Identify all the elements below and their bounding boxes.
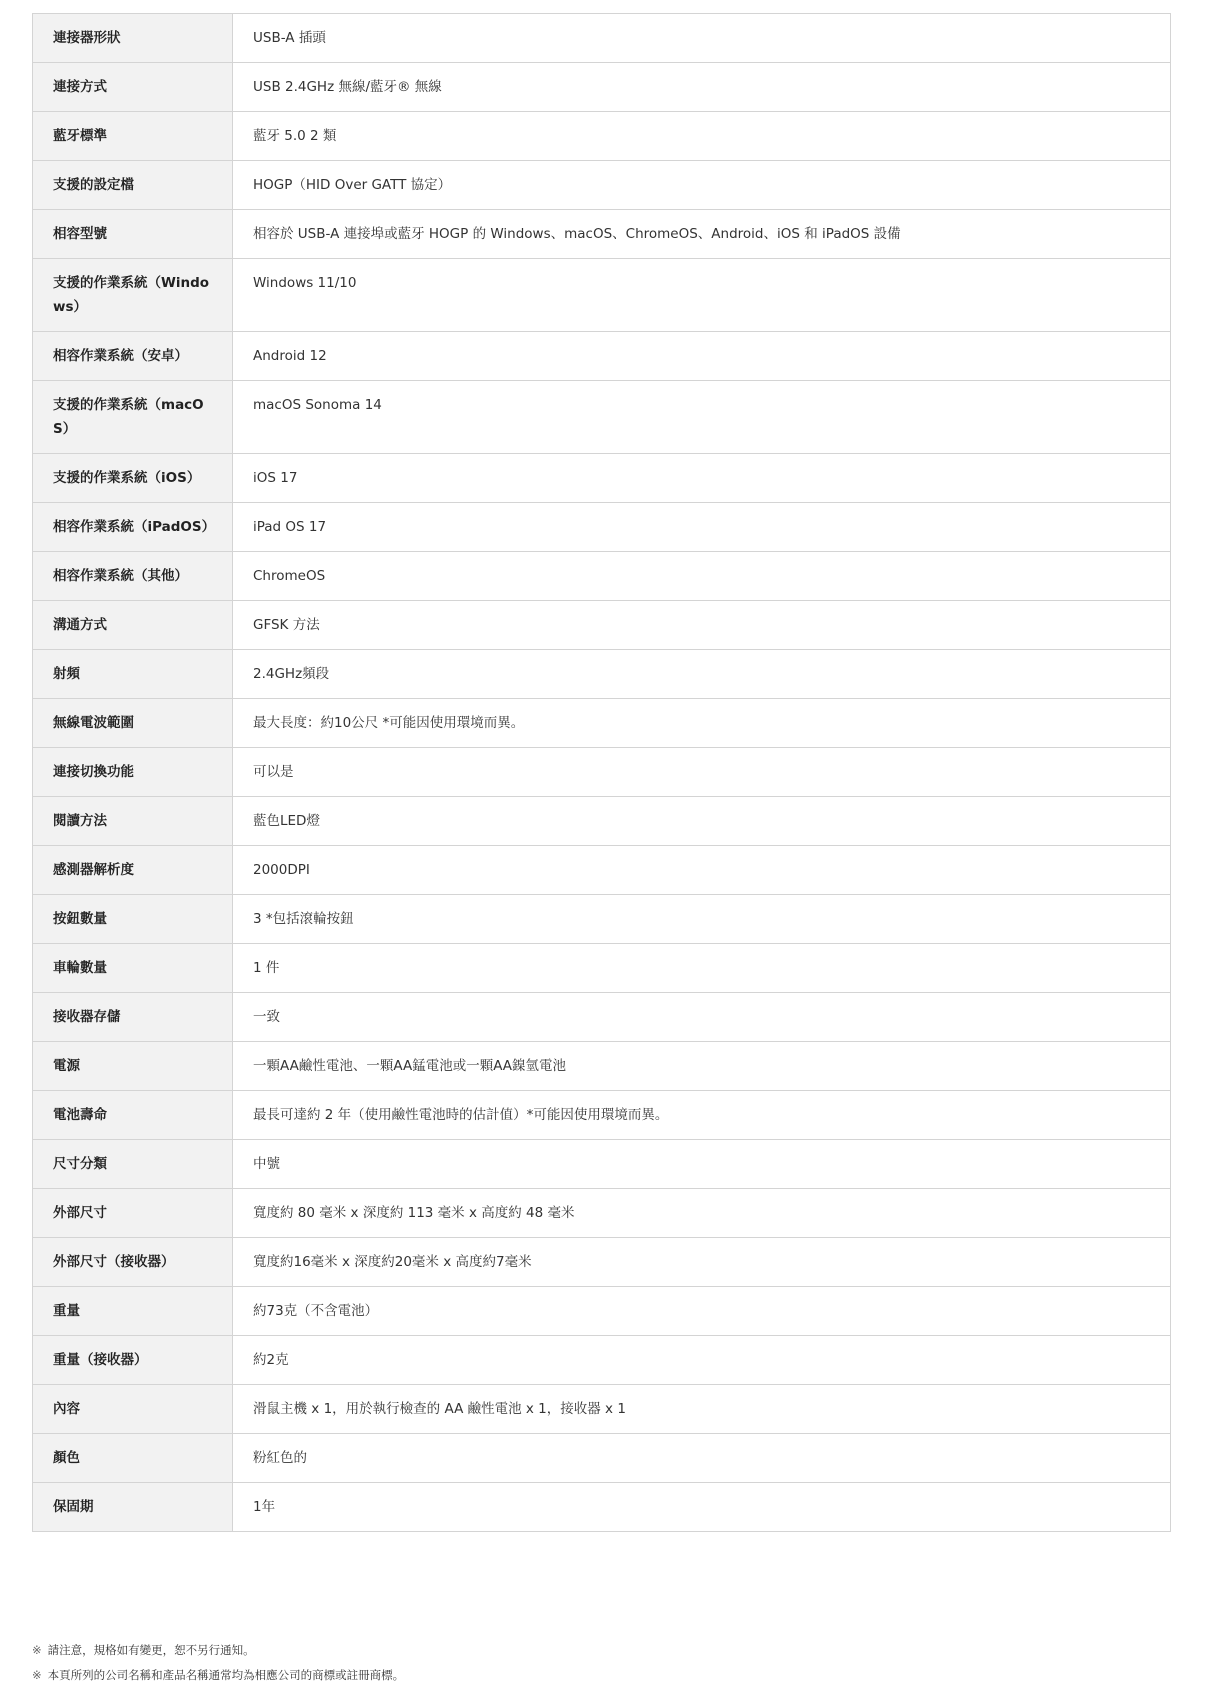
spec-value: 約73克（不含電池） <box>233 1287 1171 1336</box>
spec-value: 2000DPI <box>233 846 1171 895</box>
spec-label: 連接方式 <box>33 63 233 112</box>
spec-row: 重量約73克（不含電池） <box>33 1287 1171 1336</box>
spec-value: 3 *包括滾輪按鈕 <box>233 895 1171 944</box>
spec-row: 支援的作業系統（Windows）Windows 11/10 <box>33 259 1171 332</box>
spec-label: 顏色 <box>33 1434 233 1483</box>
spec-value: USB-A 插頭 <box>233 14 1171 63</box>
spec-label: 內容 <box>33 1385 233 1434</box>
spec-label: 相容作業系統（iPadOS） <box>33 503 233 552</box>
spec-row: 相容作業系統（iPadOS）iPad OS 17 <box>33 503 1171 552</box>
spec-value: 1年 <box>233 1483 1171 1532</box>
spec-label: 電池壽命 <box>33 1091 233 1140</box>
footnote-item: ※本頁所列的公司名稱和產品名稱通常均為相應公司的商標或註冊商標。 <box>32 1663 404 1688</box>
spec-table-body: 連接器形狀USB-A 插頭連接方式USB 2.4GHz 無線/藍牙® 無線藍牙標… <box>33 14 1171 1532</box>
spec-row: 相容作業系統（安卓）Android 12 <box>33 332 1171 381</box>
spec-row: 尺寸分類中號 <box>33 1140 1171 1189</box>
spec-value: HOGP（HID Over GATT 協定） <box>233 161 1171 210</box>
spec-label: 電源 <box>33 1042 233 1091</box>
spec-label: 重量 <box>33 1287 233 1336</box>
spec-label: 重量（接收器） <box>33 1336 233 1385</box>
spec-row: 藍牙標準藍牙 5.0 2 類 <box>33 112 1171 161</box>
spec-label: 支援的作業系統（Windows） <box>33 259 233 332</box>
spec-value: 一顆AA鹼性電池、一顆AA錳電池或一顆AA鎳氫電池 <box>233 1042 1171 1091</box>
spec-row: 支援的作業系統（macOS）macOS Sonoma 14 <box>33 381 1171 454</box>
spec-row: 連接器形狀USB-A 插頭 <box>33 14 1171 63</box>
spec-label: 感測器解析度 <box>33 846 233 895</box>
spec-row: 按鈕數量3 *包括滾輪按鈕 <box>33 895 1171 944</box>
spec-row: 電池壽命最長可達約 2 年（使用鹼性電池時的估計值）*可能因使用環境而異。 <box>33 1091 1171 1140</box>
footnote-item: ※請注意，規格如有變更，恕不另行通知。 <box>32 1638 404 1663</box>
spec-label: 按鈕數量 <box>33 895 233 944</box>
spec-row: 電源一顆AA鹼性電池、一顆AA錳電池或一顆AA鎳氫電池 <box>33 1042 1171 1091</box>
spec-row: 閱讀方法藍色LED燈 <box>33 797 1171 846</box>
spec-value: 粉紅色的 <box>233 1434 1171 1483</box>
spec-value: 約2克 <box>233 1336 1171 1385</box>
spec-row: 保固期1年 <box>33 1483 1171 1532</box>
spec-label: 連接器形狀 <box>33 14 233 63</box>
spec-value: 藍色LED燈 <box>233 797 1171 846</box>
spec-value: Windows 11/10 <box>233 259 1171 332</box>
spec-label: 外部尺寸（接收器） <box>33 1238 233 1287</box>
spec-label: 藍牙標準 <box>33 112 233 161</box>
spec-value: 最長可達約 2 年（使用鹼性電池時的估計值）*可能因使用環境而異。 <box>233 1091 1171 1140</box>
spec-label: 相容作業系統（安卓） <box>33 332 233 381</box>
spec-label: 尺寸分類 <box>33 1140 233 1189</box>
spec-row: 無線電波範圍最大長度：約10公尺 *可能因使用環境而異。 <box>33 699 1171 748</box>
reference-mark-icon: ※ <box>32 1668 42 1682</box>
spec-row: 感測器解析度2000DPI <box>33 846 1171 895</box>
spec-label: 射頻 <box>33 650 233 699</box>
spec-label: 相容型號 <box>33 210 233 259</box>
spec-value: GFSK 方法 <box>233 601 1171 650</box>
spec-value: 中號 <box>233 1140 1171 1189</box>
footnote-text: 請注意，規格如有變更，恕不另行通知。 <box>48 1643 255 1657</box>
spec-row: 溝通方式GFSK 方法 <box>33 601 1171 650</box>
spec-row: 連接方式USB 2.4GHz 無線/藍牙® 無線 <box>33 63 1171 112</box>
footnote-text: 本頁所列的公司名稱和產品名稱通常均為相應公司的商標或註冊商標。 <box>48 1668 405 1682</box>
spec-value: 2.4GHz頻段 <box>233 650 1171 699</box>
spec-value: 可以是 <box>233 748 1171 797</box>
spec-label: 支援的作業系統（macOS） <box>33 381 233 454</box>
spec-value: 寬度約16毫米 x 深度約20毫米 x 高度約7毫米 <box>233 1238 1171 1287</box>
spec-row: 相容型號相容於 USB-A 連接埠或藍牙 HOGP 的 Windows、macO… <box>33 210 1171 259</box>
spec-value: 藍牙 5.0 2 類 <box>233 112 1171 161</box>
reference-mark-icon: ※ <box>32 1643 42 1657</box>
spec-label: 外部尺寸 <box>33 1189 233 1238</box>
spec-value: USB 2.4GHz 無線/藍牙® 無線 <box>233 63 1171 112</box>
spec-value: 最大長度：約10公尺 *可能因使用環境而異。 <box>233 699 1171 748</box>
spec-label: 連接切換功能 <box>33 748 233 797</box>
spec-table: 連接器形狀USB-A 插頭連接方式USB 2.4GHz 無線/藍牙® 無線藍牙標… <box>32 13 1171 1532</box>
spec-value: 一致 <box>233 993 1171 1042</box>
spec-value: 滑鼠主機 x 1，用於執行檢查的 AA 鹼性電池 x 1，接收器 x 1 <box>233 1385 1171 1434</box>
spec-label: 接收器存儲 <box>33 993 233 1042</box>
spec-row: 外部尺寸（接收器）寬度約16毫米 x 深度約20毫米 x 高度約7毫米 <box>33 1238 1171 1287</box>
spec-value: macOS Sonoma 14 <box>233 381 1171 454</box>
spec-value: iOS 17 <box>233 454 1171 503</box>
spec-value: Android 12 <box>233 332 1171 381</box>
spec-row: 射頻2.4GHz頻段 <box>33 650 1171 699</box>
spec-row: 接收器存儲一致 <box>33 993 1171 1042</box>
spec-label: 保固期 <box>33 1483 233 1532</box>
spec-label: 溝通方式 <box>33 601 233 650</box>
spec-row: 支援的設定檔HOGP（HID Over GATT 協定） <box>33 161 1171 210</box>
spec-label: 車輪數量 <box>33 944 233 993</box>
spec-row: 重量（接收器）約2克 <box>33 1336 1171 1385</box>
footnotes: ※請注意，規格如有變更，恕不另行通知。 ※本頁所列的公司名稱和產品名稱通常均為相… <box>32 1638 404 1688</box>
spec-value: ChromeOS <box>233 552 1171 601</box>
spec-row: 內容滑鼠主機 x 1，用於執行檢查的 AA 鹼性電池 x 1，接收器 x 1 <box>33 1385 1171 1434</box>
spec-row: 連接切換功能可以是 <box>33 748 1171 797</box>
spec-value: 寬度約 80 毫米 x 深度約 113 毫米 x 高度約 48 毫米 <box>233 1189 1171 1238</box>
spec-row: 相容作業系統（其他）ChromeOS <box>33 552 1171 601</box>
spec-row: 外部尺寸寬度約 80 毫米 x 深度約 113 毫米 x 高度約 48 毫米 <box>33 1189 1171 1238</box>
spec-row: 支援的作業系統（iOS）iOS 17 <box>33 454 1171 503</box>
spec-value: iPad OS 17 <box>233 503 1171 552</box>
spec-label: 無線電波範圍 <box>33 699 233 748</box>
spec-value: 相容於 USB-A 連接埠或藍牙 HOGP 的 Windows、macOS、Ch… <box>233 210 1171 259</box>
spec-label: 相容作業系統（其他） <box>33 552 233 601</box>
spec-label: 支援的作業系統（iOS） <box>33 454 233 503</box>
spec-label: 閱讀方法 <box>33 797 233 846</box>
spec-value: 1 件 <box>233 944 1171 993</box>
spec-row: 顏色粉紅色的 <box>33 1434 1171 1483</box>
spec-row: 車輪數量1 件 <box>33 944 1171 993</box>
spec-label: 支援的設定檔 <box>33 161 233 210</box>
